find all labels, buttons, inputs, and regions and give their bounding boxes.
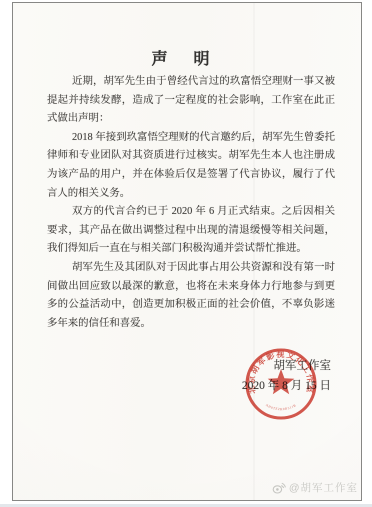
statement-paragraph: 2018 年接到玖富悟空理财的代言邀约后，胡军先生曾委托律师和专业团队对其资质进… bbox=[47, 129, 335, 203]
official-seal: 北京胡军影视文化工作室 XH0TE2H0B311B bbox=[243, 346, 319, 422]
document-paper: 声 明 近期，胡军先生由于曾经代言过的玖富悟空理财一事又被提起并持续发酵，造成了… bbox=[12, 2, 362, 501]
weibo-icon bbox=[272, 482, 286, 494]
watermark: @胡军工作室 bbox=[272, 480, 358, 495]
statement-paragraph: 双方的代言合约已于 2020 年 6 月正式结束。之后因相关要求，其产品在做出调… bbox=[47, 203, 335, 259]
seal-micro-text-wrap: XH0TE2H0B311B bbox=[265, 403, 297, 411]
seal-micro-text: XH0TE2H0B311B bbox=[265, 403, 297, 411]
watermark-handle: @胡军工作室 bbox=[289, 480, 358, 495]
statement-body: 近期，胡军先生由于曾经代言过的玖富悟空理财一事又被提起并持续发酵，造成了一定程度… bbox=[47, 73, 335, 333]
statement-paragraph: 胡军先生及其团队对于因此事占用公共资源和没有第一时间做出回应致以最深的歉意，也将… bbox=[47, 259, 335, 333]
statement-scan-image: 声 明 近期，胡军先生由于曾经代言过的玖富悟空理财一事又被提起并持续发酵，造成了… bbox=[0, 0, 372, 507]
seal-star-icon bbox=[268, 369, 295, 394]
statement-title: 声 明 bbox=[13, 46, 353, 69]
statement-paragraph: 近期，胡军先生由于曾经代言过的玖富悟空理财一事又被提起并持续发酵，造成了一定程度… bbox=[47, 73, 335, 129]
